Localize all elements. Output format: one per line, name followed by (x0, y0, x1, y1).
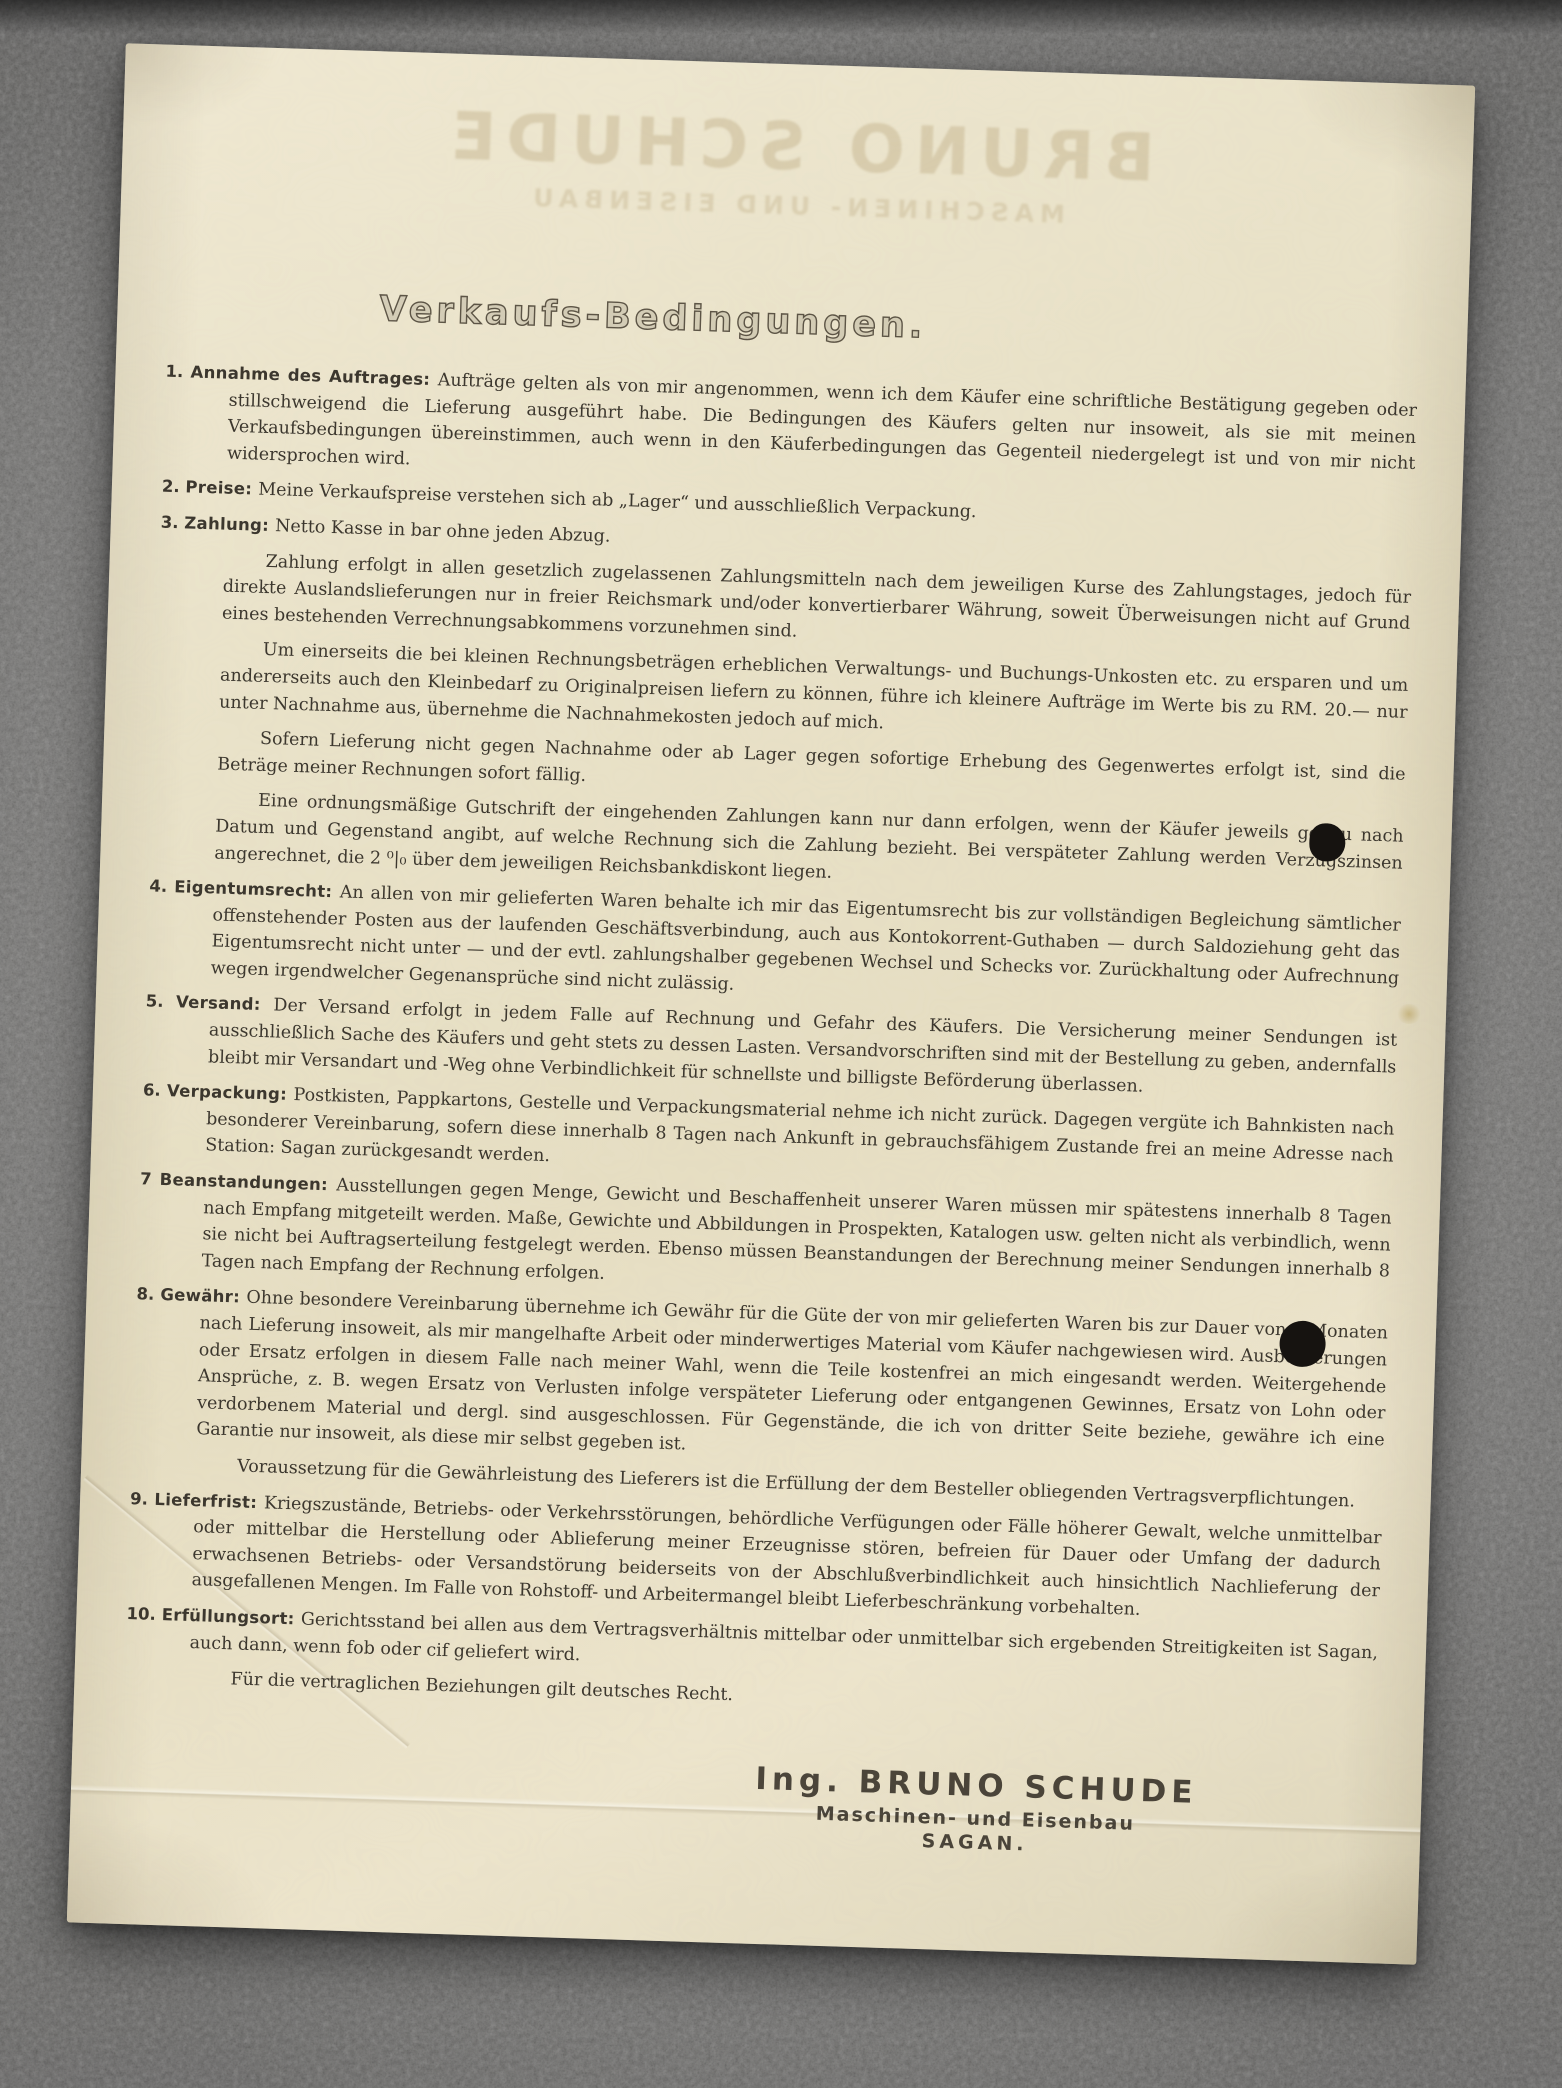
section-label: Gewähr: (160, 1285, 247, 1307)
section-number: 5. (145, 992, 176, 1012)
terms-section: 8. Gewähr: Ohne besondere Vereinbarung ü… (132, 1282, 1388, 1481)
section-text: An allen von mir gelieferten Waren behal… (211, 882, 1402, 994)
section-number: 9. (130, 1489, 155, 1509)
document-title: Verkaufs-Bedingungen. (379, 289, 1420, 362)
section-number: 10. (126, 1604, 162, 1624)
section-label: Versand: (176, 993, 274, 1015)
section-text: Kriegszustände, Betriebs- oder Verkehrss… (191, 1493, 1382, 1620)
section-number: 8. (136, 1285, 160, 1305)
section-number: 6. (143, 1081, 168, 1101)
section-label: Annahme des Auftrages: (190, 362, 438, 389)
section-label: Lieferfrist: (154, 1489, 264, 1511)
paper-sheet: BRUNO SCHUDE MASCHINEN- UND EISENBAU Ver… (67, 43, 1475, 1964)
terms-list: 1. Annahme des Auftrages: Aufträge gelte… (124, 359, 1417, 1729)
document-content: Verkaufs-Bedingungen. 1. Annahme des Auf… (120, 45, 1427, 1866)
section-label: Eigentumsrecht: (174, 877, 340, 901)
section-label: Beanstandungen: (159, 1170, 336, 1195)
section-number: 1. (165, 362, 191, 382)
section-label: Verpackung: (167, 1081, 294, 1104)
company-stamp: Ing. BRUNO SCHUDE Maschinen- und Eisenba… (753, 1761, 1198, 1861)
section-number: 4. (149, 877, 174, 897)
section-text: Netto Kasse in bar ohne jeden Abzug. (275, 516, 611, 547)
photo-top-shadow (0, 0, 1562, 34)
section-text: Ausstellungen gegen Menge, Gewicht und B… (201, 1175, 1392, 1283)
section-label: Erfüllungsort: (161, 1605, 301, 1628)
section-text: Ohne besondere Vereinbarung übernehme ic… (196, 1288, 1388, 1455)
section-label: Preise: (185, 478, 258, 499)
section-number: 7 (140, 1169, 160, 1189)
section-number: 3. (161, 513, 185, 533)
section-number: 2. (162, 477, 186, 497)
section-label: Zahlung: (184, 513, 275, 535)
